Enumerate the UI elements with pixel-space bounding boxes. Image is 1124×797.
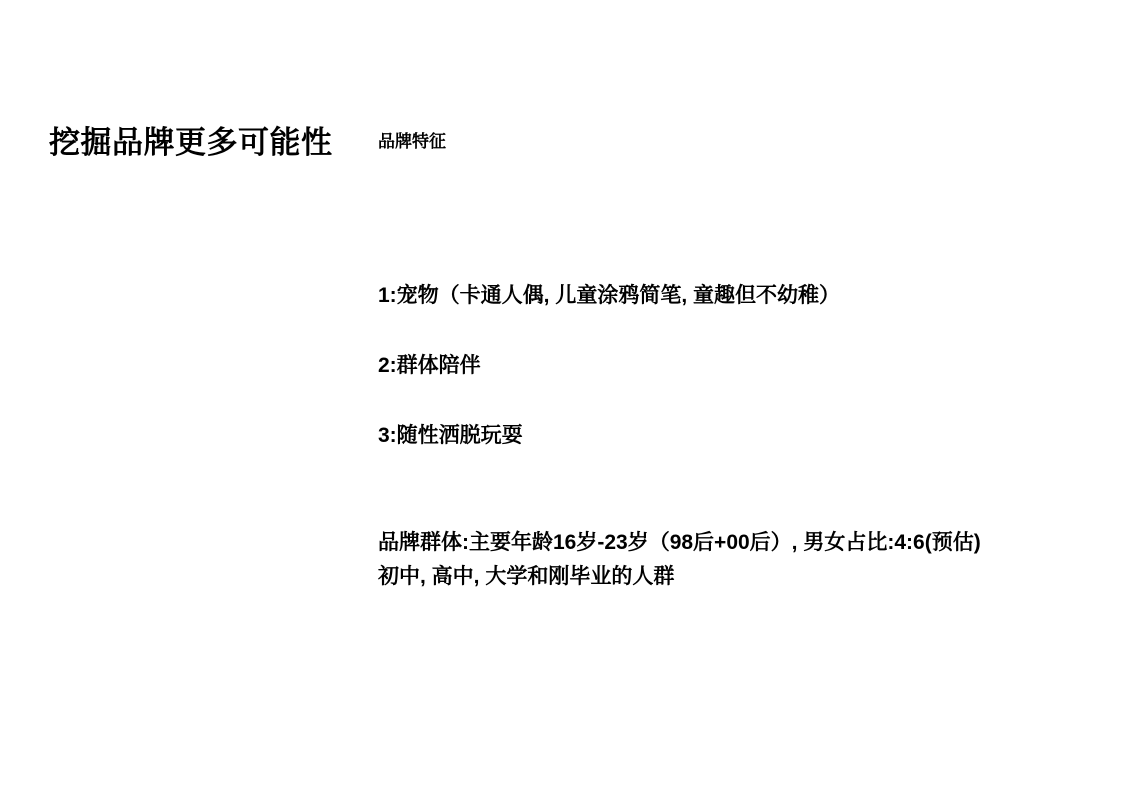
slide-canvas: 挖掘品牌更多可能性 品牌特征 1:宠物（卡通人偶, 儿童涂鸦简笔, 童趣但不幼稚… [0, 0, 1124, 797]
page-title: 挖掘品牌更多可能性 [49, 126, 333, 160]
feature-item-3: 3:随性洒脱玩耍 [378, 423, 523, 449]
section-heading-brand-traits: 品牌特征 [378, 133, 446, 152]
feature-item-2: 2:群体陪伴 [378, 353, 481, 379]
audience-line-1: 品牌群体:主要年龄16岁-23岁（98后+00后）, 男女占比:4:6(预估) [378, 531, 981, 554]
audience-line-2: 初中, 高中, 大学和刚毕业的人群 [378, 565, 674, 588]
feature-item-1: 1:宠物（卡通人偶, 儿童涂鸦简笔, 童趣但不幼稚） [378, 283, 840, 309]
audience-paragraph: 品牌群体:主要年龄16岁-23岁（98后+00后）, 男女占比:4:6(预估)初… [378, 526, 981, 594]
